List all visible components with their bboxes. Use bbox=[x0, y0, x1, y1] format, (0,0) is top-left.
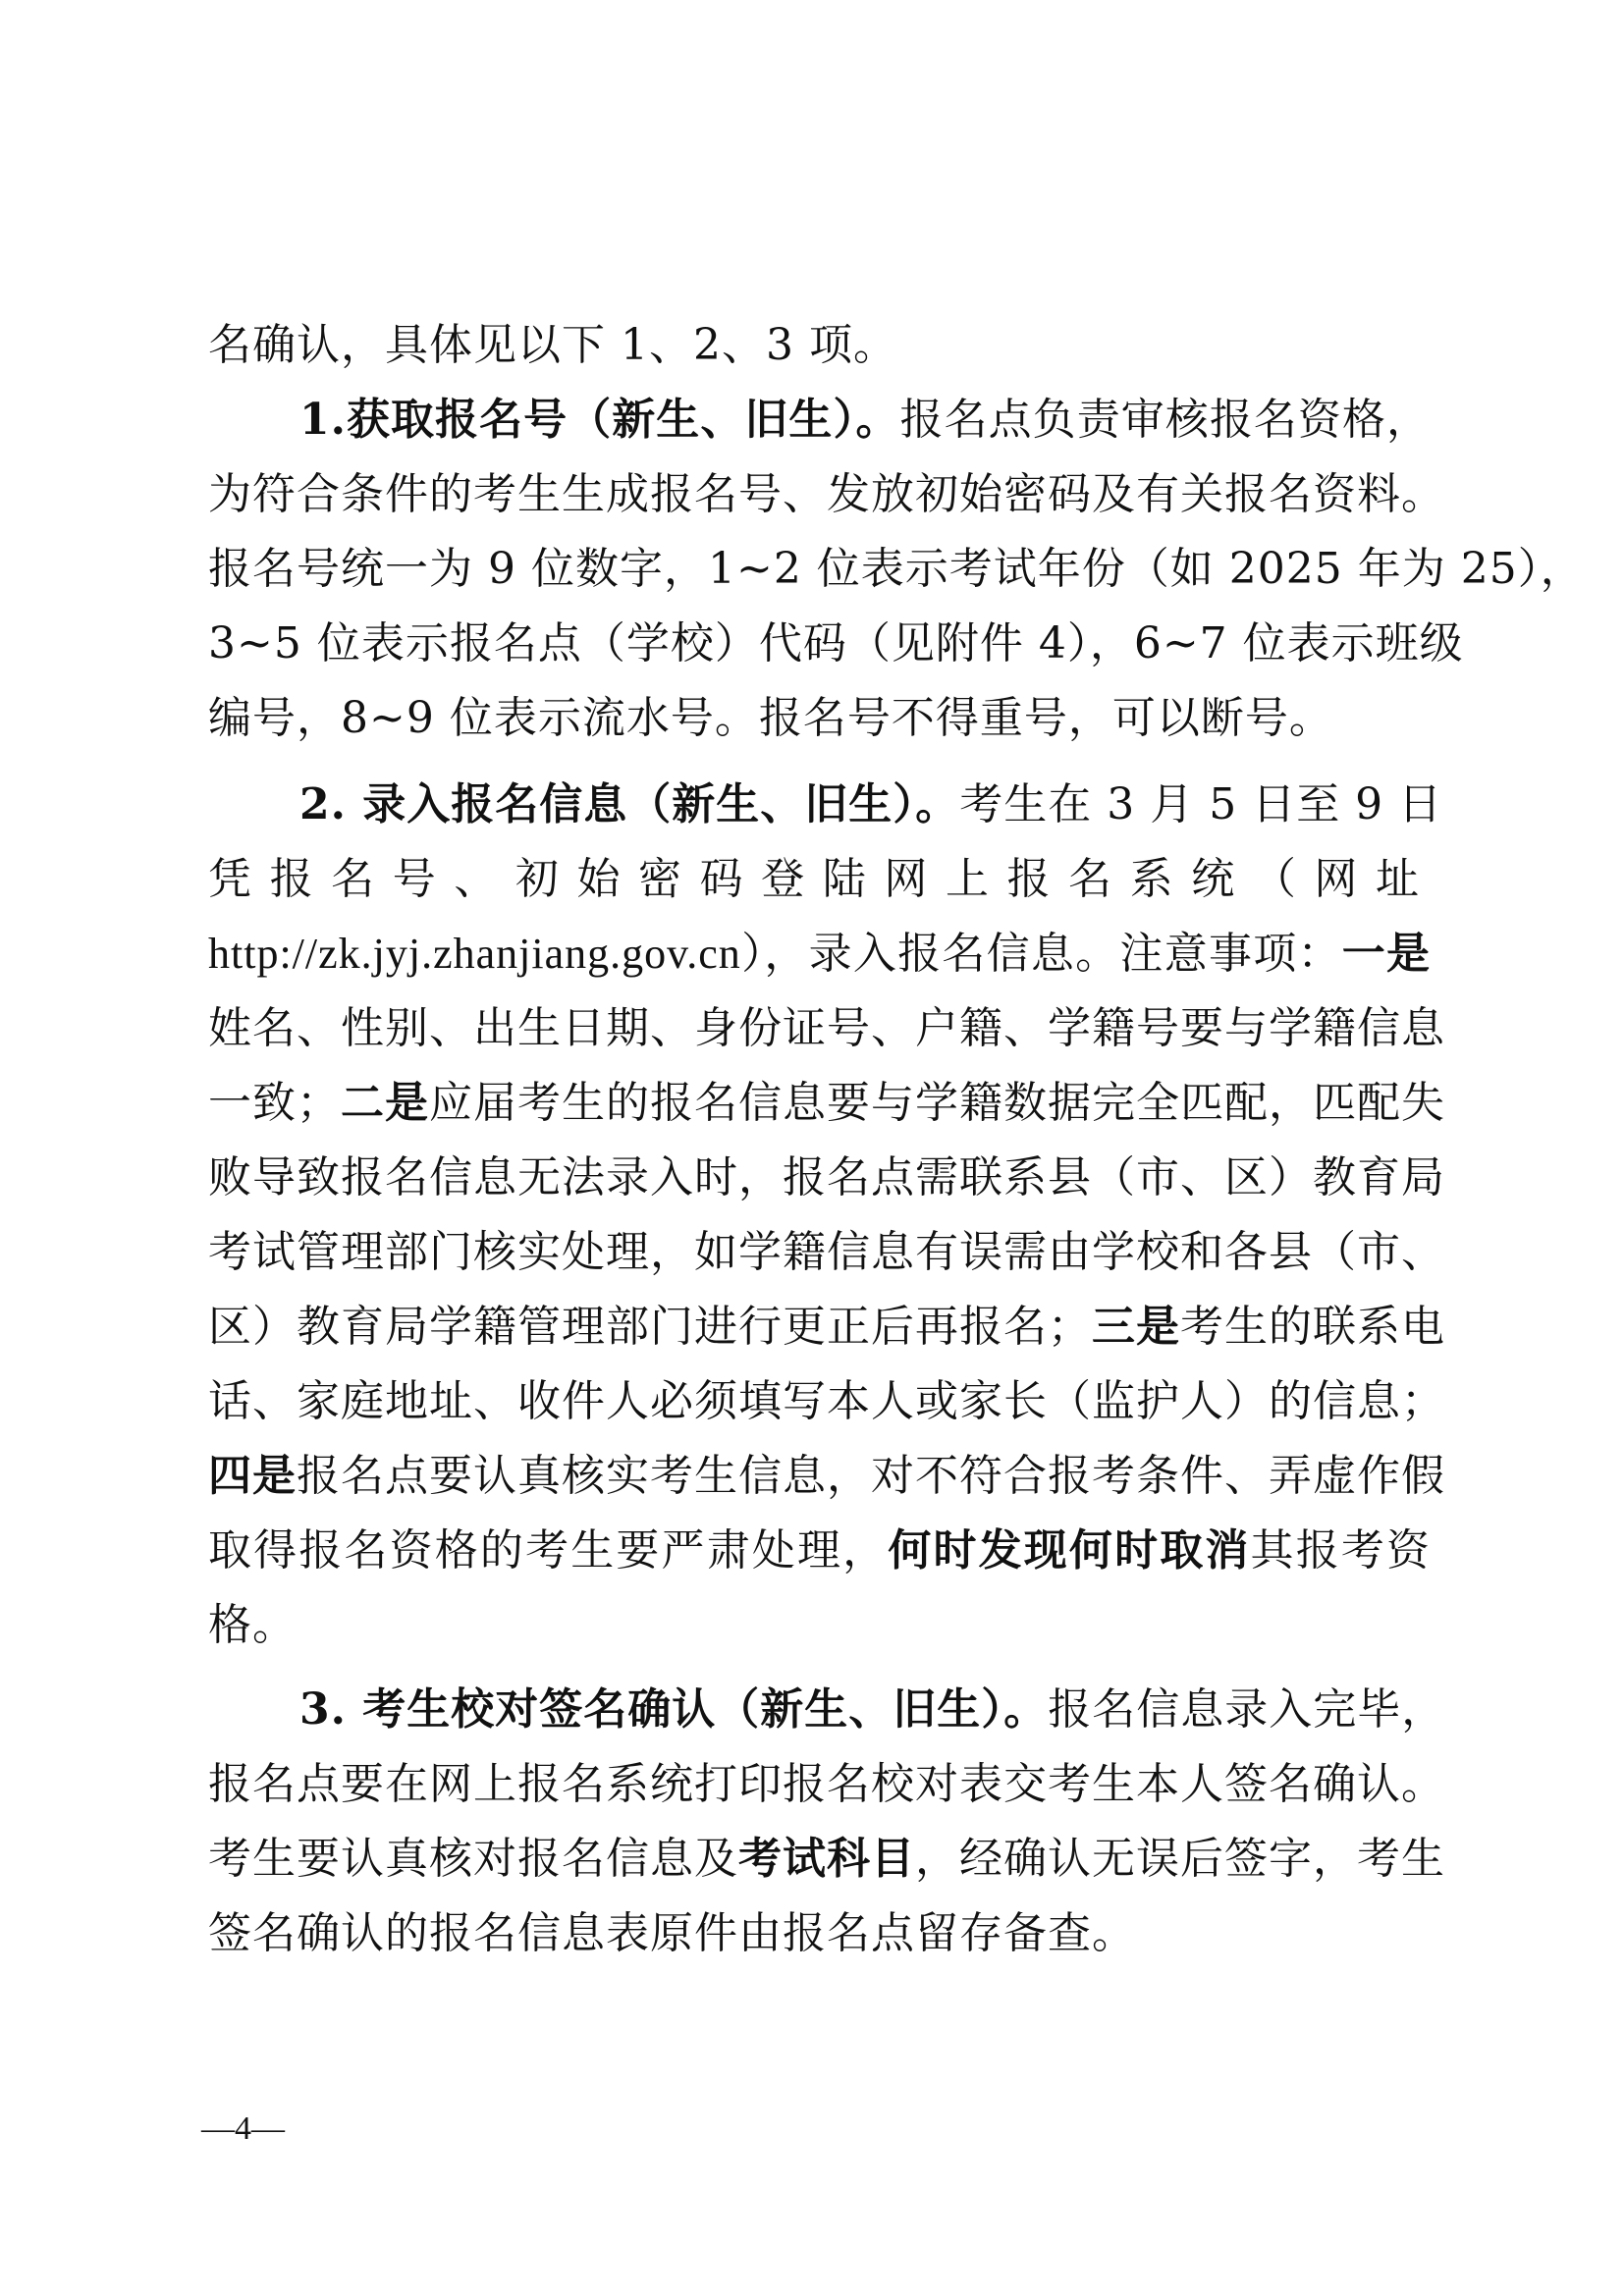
text-segment: 报名点负责审核报名资格， bbox=[900, 395, 1431, 445]
text-segment: 3~5 位表示报名点（学校）代码（见附件 4），6~7 位表示班级 bbox=[208, 618, 1464, 668]
text-segment: 凭报名号、初始密码登陆网上报名系统（网址 bbox=[208, 854, 1431, 904]
text-segment: 取得报名资格的考生要严肃处理， bbox=[208, 1525, 888, 1575]
text-segment: 考生的联系电 bbox=[1180, 1302, 1445, 1352]
heading-3: 3. 考生校对签名确认（新生、旧生）。 bbox=[299, 1684, 1048, 1735]
text-segment: 为符合条件的考生生成报名号、发放初始密码及有关报名资料。 bbox=[208, 469, 1445, 519]
text-segment: 报名信息录入完毕， bbox=[1048, 1684, 1445, 1735]
text-segment: 编号，8~9 位表示流水号。报名号不得重号，可以断号。 bbox=[208, 693, 1333, 743]
paragraph-line: 为符合条件的考生生成报名号、发放初始密码及有关报名资料。 bbox=[208, 465, 1431, 524]
text-segment: 姓名、性别、出生日期、身份证号、户籍、学籍号要与学籍信息 bbox=[208, 1003, 1445, 1053]
paragraph-line: 一致；二是应届考生的报名信息要与学籍数据完全匹配，匹配失 bbox=[208, 1074, 1431, 1133]
paragraph-line: 签名确认的报名信息表原件由报名点留存备查。 bbox=[208, 1904, 1431, 1963]
heading-1: 1.获取报名号（新生、旧生）。 bbox=[299, 395, 900, 445]
heading-line-3: 3. 考生校对签名确认（新生、旧生）。报名信息录入完毕， bbox=[299, 1681, 1431, 1739]
paragraph-line: 区）教育局学籍管理部门进行更正后再报名；三是考生的联系电 bbox=[208, 1298, 1431, 1357]
text-segment: 区）教育局学籍管理部门进行更正后再报名； bbox=[208, 1302, 1092, 1352]
text-segment: 报名号统一为 9 位数字，1~2 位表示考试年份（如 2025 年为 25）， bbox=[208, 544, 1585, 594]
paragraph-line: 四是报名点要认真核实考生信息，对不符合报考条件、弄虚作假 bbox=[208, 1447, 1431, 1506]
text-segment: 报名点要认真核实考生信息，对不符合报考条件、弄虚作假 bbox=[297, 1451, 1445, 1501]
paragraph-line: 败导致报名信息无法录入时，报名点需联系县（市、区）教育局 bbox=[208, 1148, 1431, 1207]
text-segment: 考试管理部门核实处理，如学籍信息有误需由学校和各县（市、 bbox=[208, 1227, 1445, 1277]
paragraph-line: 考试管理部门核实处理，如学籍信息有误需由学校和各县（市、 bbox=[208, 1223, 1431, 1282]
emphasis-text: 何时发现何时取消 bbox=[888, 1525, 1250, 1575]
paragraph-line: 考生要认真核对报名信息及考试科目，经确认无误后签字，考生 bbox=[208, 1830, 1431, 1889]
paragraph-line: 编号，8~9 位表示流水号。报名号不得重号，可以断号。 bbox=[208, 689, 1431, 748]
text-segment: 应届考生的报名信息要与学籍数据完全匹配，匹配失 bbox=[429, 1078, 1445, 1128]
paragraph-line: 报名号统一为 9 位数字，1~2 位表示考试年份（如 2025 年为 25）， bbox=[208, 540, 1431, 599]
paragraph-line: 凭报名号、初始密码登陆网上报名系统（网址 bbox=[208, 850, 1431, 909]
heading-line-1: 1.获取报名号（新生、旧生）。报名点负责审核报名资格， bbox=[299, 391, 1431, 450]
paragraph-line: 取得报名资格的考生要严肃处理，何时发现何时取消其报考资 bbox=[208, 1522, 1431, 1580]
text-segment: 名确认，具体见以下 1、2、3 项。 bbox=[208, 320, 897, 370]
text-segment: 败导致报名信息无法录入时，报名点需联系县（市、区）教育局 bbox=[208, 1152, 1445, 1202]
paragraph-line: 名确认，具体见以下 1、2、3 项。 bbox=[208, 316, 1431, 375]
page-number: —4— bbox=[201, 2110, 285, 2148]
text-segment: 签名确认的报名信息表原件由报名点留存备查。 bbox=[208, 1908, 1136, 1958]
paragraph-line: 3~5 位表示报名点（学校）代码（见附件 4），6~7 位表示班级 bbox=[208, 614, 1431, 673]
url-link: http://zk.jyj.zhanjiang.gov.cn），录入报名信息。注… bbox=[208, 930, 1342, 978]
paragraph-line: http://zk.jyj.zhanjiang.gov.cn），录入报名信息。注… bbox=[208, 925, 1431, 984]
emphasis-text: 二是 bbox=[341, 1078, 429, 1128]
text-segment: 话、家庭地址、收件人必须填写本人或家长（监护人）的信息； bbox=[208, 1376, 1445, 1426]
paragraph-line: 话、家庭地址、收件人必须填写本人或家长（监护人）的信息； bbox=[208, 1372, 1431, 1431]
document-page: 名确认，具体见以下 1、2、3 项。 1.获取报名号（新生、旧生）。报名点负责审… bbox=[0, 0, 1624, 2296]
text-segment: 考生要认真核对报名信息及 bbox=[208, 1834, 738, 1884]
emphasis-text: 一是 bbox=[1342, 929, 1431, 979]
text-segment: 格。 bbox=[208, 1600, 297, 1650]
paragraph-line: 报名点要在网上报名系统打印报名校对表交考生本人签名确认。 bbox=[208, 1755, 1431, 1814]
emphasis-text: 三是 bbox=[1092, 1302, 1180, 1352]
text-segment: 其报考资 bbox=[1251, 1525, 1431, 1575]
text-segment: 报名点要在网上报名系统打印报名校对表交考生本人签名确认。 bbox=[208, 1759, 1445, 1809]
heading-line-2: 2. 录入报名信息（新生、旧生）。考生在 3 月 5 日至 9 日 bbox=[299, 775, 1431, 834]
text-segment: ，经确认无误后签字，考生 bbox=[915, 1834, 1445, 1884]
paragraph-line: 姓名、性别、出生日期、身份证号、户籍、学籍号要与学籍信息 bbox=[208, 999, 1431, 1058]
emphasis-text: 考试科目 bbox=[738, 1834, 915, 1884]
text-segment: 一致； bbox=[208, 1078, 341, 1128]
heading-2: 2. 录入报名信息（新生、旧生）。 bbox=[299, 779, 959, 829]
paragraph-line: 格。 bbox=[208, 1596, 1431, 1655]
emphasis-text: 四是 bbox=[208, 1451, 297, 1501]
text-segment: 考生在 3 月 5 日至 9 日 bbox=[959, 779, 1442, 829]
